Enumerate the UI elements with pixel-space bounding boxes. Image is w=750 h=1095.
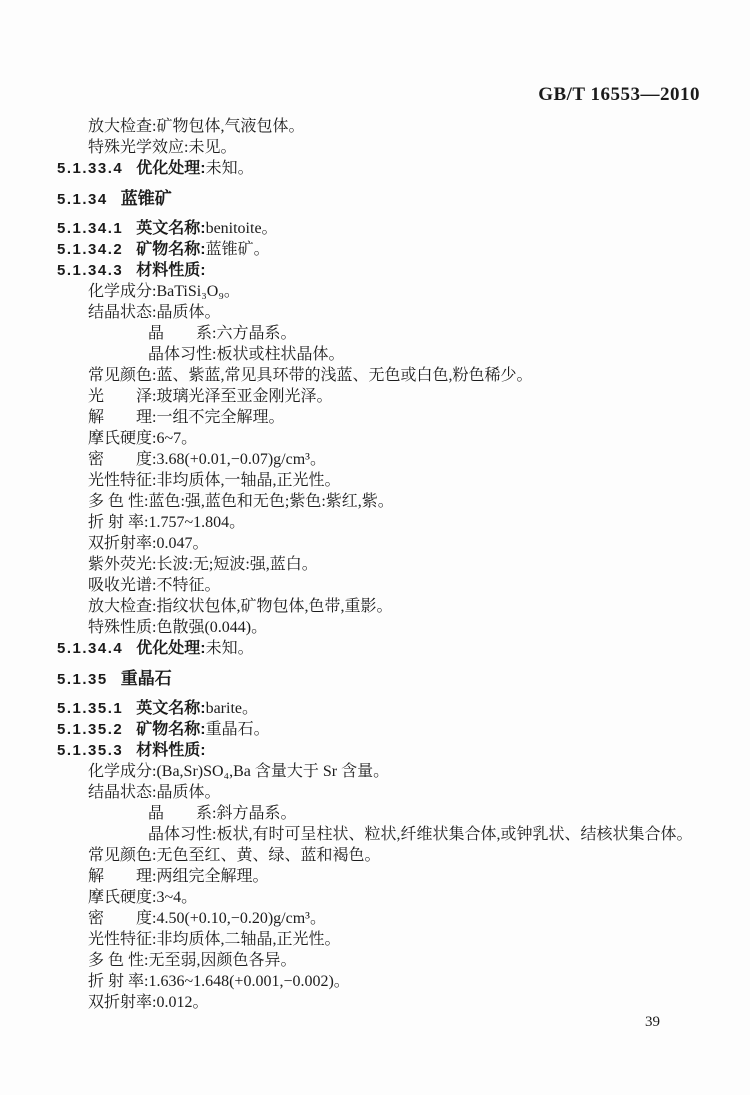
- clause-number: 5.1.34.4: [57, 640, 123, 657]
- document-line: 结晶状态:晶质体。: [0, 302, 750, 323]
- line-text: 密 度:3.68(+0.01,−0.07)g/cm³。: [88, 451, 326, 468]
- scanned-document-page: GB/T 16553—2010 放大检查:矿物包体,气液包体。特殊光学效应:未见…: [0, 0, 750, 1095]
- line-text: 多 色 性:蓝色:强,蓝色和无色;紫色:紫红,紫。: [88, 493, 394, 510]
- clause-title: 蓝锥矿: [121, 189, 172, 208]
- clause-number: 5.1.34.3: [57, 262, 123, 279]
- document-line: 密 度:4.50(+0.10,−0.20)g/cm³。: [0, 908, 750, 929]
- clause-number: 5.1.35.1: [57, 700, 123, 717]
- document-line: 晶体习性:板状或柱状晶体。: [0, 344, 750, 365]
- clause-value: 未知。: [206, 640, 254, 657]
- line-text: 晶 系:斜方晶系。: [148, 805, 296, 822]
- line-text: 晶 系:六方晶系。: [148, 325, 296, 342]
- line-text: 化学成分:(Ba,Sr)SO₄,Ba 含量大于 Sr 含量。: [88, 763, 389, 780]
- document-line: 5.1.35.1英文名称:barite。: [0, 698, 750, 719]
- clause-title: 英文名称:: [136, 700, 205, 717]
- line-text: 摩氏硬度:6~7。: [88, 430, 197, 447]
- document-line: 密 度:3.68(+0.01,−0.07)g/cm³。: [0, 449, 750, 470]
- document-line: 5.1.34.2矿物名称:蓝锥矿。: [0, 239, 750, 260]
- clause-number: 5.1.34: [57, 191, 108, 208]
- line-text: 特殊性质:色散强(0.044)。: [88, 619, 267, 636]
- document-line: 晶体习性:板状,有时可呈柱状、粒状,纤维状集合体,或钟乳状、结核状集合体。: [0, 824, 750, 845]
- document-line: 解 理:两组完全解理。: [0, 866, 750, 887]
- document-line: 双折射率:0.012。: [0, 992, 750, 1013]
- line-text: 光 泽:玻璃光泽至亚金刚光泽。: [88, 388, 332, 405]
- document-line: 特殊光学效应:未见。: [0, 137, 750, 158]
- clause-number: 5.1.34.1: [57, 220, 123, 237]
- document-line: 5.1.34.4优化处理:未知。: [0, 638, 750, 659]
- document-line: 5.1.34.1英文名称:benitoite。: [0, 218, 750, 239]
- clause-number: 5.1.33.4: [57, 160, 123, 177]
- document-line: 光性特征:非均质体,二轴晶,正光性。: [0, 929, 750, 950]
- clause-title: 矿物名称:: [136, 241, 205, 258]
- page-number: 39: [645, 1014, 660, 1031]
- document-line: 晶 系:斜方晶系。: [0, 803, 750, 824]
- line-text: 晶体习性:板状或柱状晶体。: [148, 346, 344, 363]
- standard-number-header: GB/T 16553—2010: [538, 84, 700, 106]
- line-text: 摩氏硬度:3~4。: [88, 889, 197, 906]
- line-text: 折 射 率:1.636~1.648(+0.001,−0.002)。: [88, 973, 350, 990]
- line-text: 多 色 性:无至弱,因颜色各异。: [88, 952, 296, 969]
- document-line: 5.1.34.3材料性质:: [0, 260, 750, 281]
- line-text: 双折射率:0.012。: [88, 994, 208, 1011]
- clause-title: 矿物名称:: [136, 721, 205, 738]
- line-text: 吸收光谱:不特征。: [88, 577, 220, 594]
- document-line: 5.1.33.4优化处理:未知。: [0, 158, 750, 179]
- document-line: 摩氏硬度:6~7。: [0, 428, 750, 449]
- line-text: 放大检查:指纹状包体,矿物包体,色带,重影。: [88, 598, 392, 615]
- line-text: 光性特征:非均质体,一轴晶,正光性。: [88, 472, 340, 489]
- document-line: 常见颜色:无色至红、黄、绿、蓝和褐色。: [0, 845, 750, 866]
- document-line: 折 射 率:1.636~1.648(+0.001,−0.002)。: [0, 971, 750, 992]
- line-text: 化学成分:BaTiSi₃O₉。: [88, 283, 240, 300]
- document-line: 放大检查:矿物包体,气液包体。: [0, 116, 750, 137]
- document-line: 5.1.35.2矿物名称:重晶石。: [0, 719, 750, 740]
- document-line: 晶 系:六方晶系。: [0, 323, 750, 344]
- document-line: 化学成分:BaTiSi₃O₉。: [0, 281, 750, 302]
- clause-number: 5.1.35: [57, 671, 108, 688]
- clause-title: 优化处理:: [136, 160, 205, 177]
- document-line: 特殊性质:色散强(0.044)。: [0, 617, 750, 638]
- clause-number: 5.1.34.2: [57, 241, 123, 258]
- document-line: 多 色 性:无至弱,因颜色各异。: [0, 950, 750, 971]
- document-line: 常见颜色:蓝、紫蓝,常见具环带的浅蓝、无色或白色,粉色稀少。: [0, 365, 750, 386]
- line-text: 解 理:两组完全解理。: [88, 868, 268, 885]
- document-line: 5.1.35.3材料性质:: [0, 740, 750, 761]
- document-line: 吸收光谱:不特征。: [0, 575, 750, 596]
- document-body: 放大检查:矿物包体,气液包体。特殊光学效应:未见。5.1.33.4优化处理:未知…: [0, 116, 750, 1013]
- clause-value: 重晶石。: [206, 721, 270, 738]
- line-text: 紫外荧光:长波:无;短波:强,蓝白。: [88, 556, 318, 573]
- line-text: 折 射 率:1.757~1.804。: [88, 514, 245, 531]
- clause-title: 英文名称:: [136, 220, 205, 237]
- line-text: 密 度:4.50(+0.10,−0.20)g/cm³。: [88, 910, 326, 927]
- line-text: 结晶状态:晶质体。: [88, 784, 220, 801]
- line-text: 结晶状态:晶质体。: [88, 304, 220, 321]
- clause-number: 5.1.35.2: [57, 721, 123, 738]
- line-text: 特殊光学效应:未见。: [88, 139, 236, 156]
- section-heading: 5.1.34蓝锥矿: [0, 188, 750, 210]
- clause-value: benitoite。: [206, 220, 278, 237]
- document-line: 光 泽:玻璃光泽至亚金刚光泽。: [0, 386, 750, 407]
- clause-title: 优化处理:: [136, 640, 205, 657]
- document-line: 多 色 性:蓝色:强,蓝色和无色;紫色:紫红,紫。: [0, 491, 750, 512]
- clause-number: 5.1.35.3: [57, 742, 123, 759]
- document-line: 化学成分:(Ba,Sr)SO₄,Ba 含量大于 Sr 含量。: [0, 761, 750, 782]
- line-text: 双折射率:0.047。: [88, 535, 208, 552]
- line-text: 常见颜色:无色至红、黄、绿、蓝和褐色。: [88, 847, 380, 864]
- clause-value: 未知。: [206, 160, 254, 177]
- document-line: 摩氏硬度:3~4。: [0, 887, 750, 908]
- line-text: 常见颜色:蓝、紫蓝,常见具环带的浅蓝、无色或白色,粉色稀少。: [88, 367, 532, 384]
- document-line: 光性特征:非均质体,一轴晶,正光性。: [0, 470, 750, 491]
- clause-value: barite。: [206, 700, 258, 717]
- line-text: 晶体习性:板状,有时可呈柱状、粒状,纤维状集合体,或钟乳状、结核状集合体。: [148, 826, 692, 843]
- clause-title: 重晶石: [121, 669, 172, 688]
- document-line: 双折射率:0.047。: [0, 533, 750, 554]
- line-text: 解 理:一组不完全解理。: [88, 409, 284, 426]
- clause-title: 材料性质:: [136, 742, 205, 759]
- document-line: 放大检查:指纹状包体,矿物包体,色带,重影。: [0, 596, 750, 617]
- line-text: 放大检查:矿物包体,气液包体。: [88, 118, 304, 135]
- document-line: 折 射 率:1.757~1.804。: [0, 512, 750, 533]
- line-text: 光性特征:非均质体,二轴晶,正光性。: [88, 931, 340, 948]
- document-line: 紫外荧光:长波:无;短波:强,蓝白。: [0, 554, 750, 575]
- clause-value: 蓝锥矿。: [206, 241, 270, 258]
- document-line: 解 理:一组不完全解理。: [0, 407, 750, 428]
- section-heading: 5.1.35重晶石: [0, 668, 750, 690]
- clause-title: 材料性质:: [136, 262, 205, 279]
- document-line: 结晶状态:晶质体。: [0, 782, 750, 803]
